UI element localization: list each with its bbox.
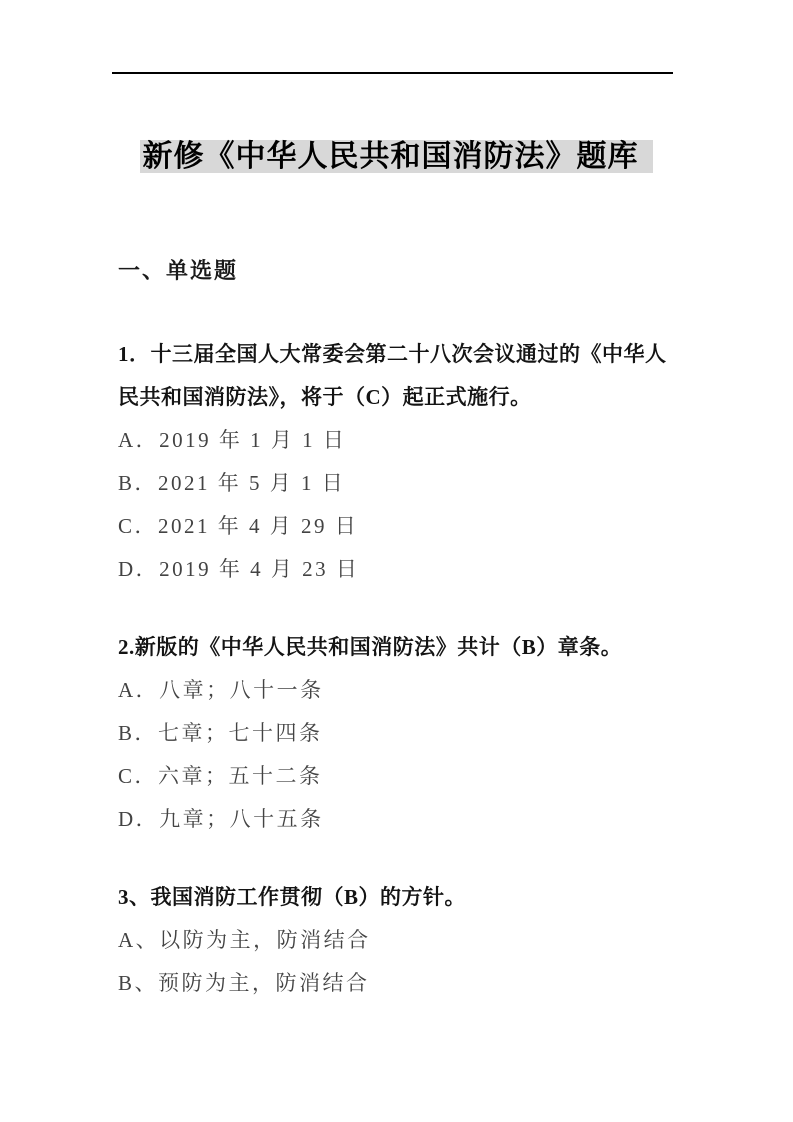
question-1-option-d: D．2019 年 4 月 23 日 [118,548,674,591]
document-page: 新修《中华人民共和国消防法》题库 一、单选题 1．十三届全国人大常委会第二十八次… [0,0,793,1122]
question-2-option-d: D．九章；八十五条 [118,798,674,841]
question-1-text: 1．十三届全国人大常委会第二十八次会议通过的《中华人民共和国消防法》，将于（C）… [118,333,674,419]
question-block-1: 1．十三届全国人大常委会第二十八次会议通过的《中华人民共和国消防法》，将于（C）… [118,333,674,591]
question-3-option-a: A、以防为主，防消结合 [118,919,674,962]
question-1-option-b: B．2021 年 5 月 1 日 [118,462,674,505]
title-highlight: 新修《中华人民共和国消防法》题库 [140,140,653,173]
document-content: 新修《中华人民共和国消防法》题库 一、单选题 1．十三届全国人大常委会第二十八次… [118,0,674,1005]
question-block-2: 2.新版的《中华人民共和国消防法》共计（B）章条。 A．八章；八十一条 B．七章… [118,626,674,841]
question-2-option-b: B．七章；七十四条 [118,712,674,755]
question-block-3: 3、我国消防工作贯彻（B）的方针。 A、以防为主，防消结合 B、预防为主，防消结… [118,876,674,1005]
question-3-option-b: B、预防为主，防消结合 [118,962,674,1005]
question-2-option-a: A．八章；八十一条 [118,669,674,712]
question-1-option-a: A．2019 年 1 月 1 日 [118,419,674,462]
section-heading: 一、单选题 [118,249,674,292]
question-3-text: 3、我国消防工作贯彻（B）的方针。 [118,876,674,919]
question-2-option-c: C．六章；五十二条 [118,755,674,798]
page-title: 新修《中华人民共和国消防法》题库 [118,134,674,180]
question-1-option-c: C．2021 年 4 月 29 日 [118,505,674,548]
question-2-text: 2.新版的《中华人民共和国消防法》共计（B）章条。 [118,626,674,669]
